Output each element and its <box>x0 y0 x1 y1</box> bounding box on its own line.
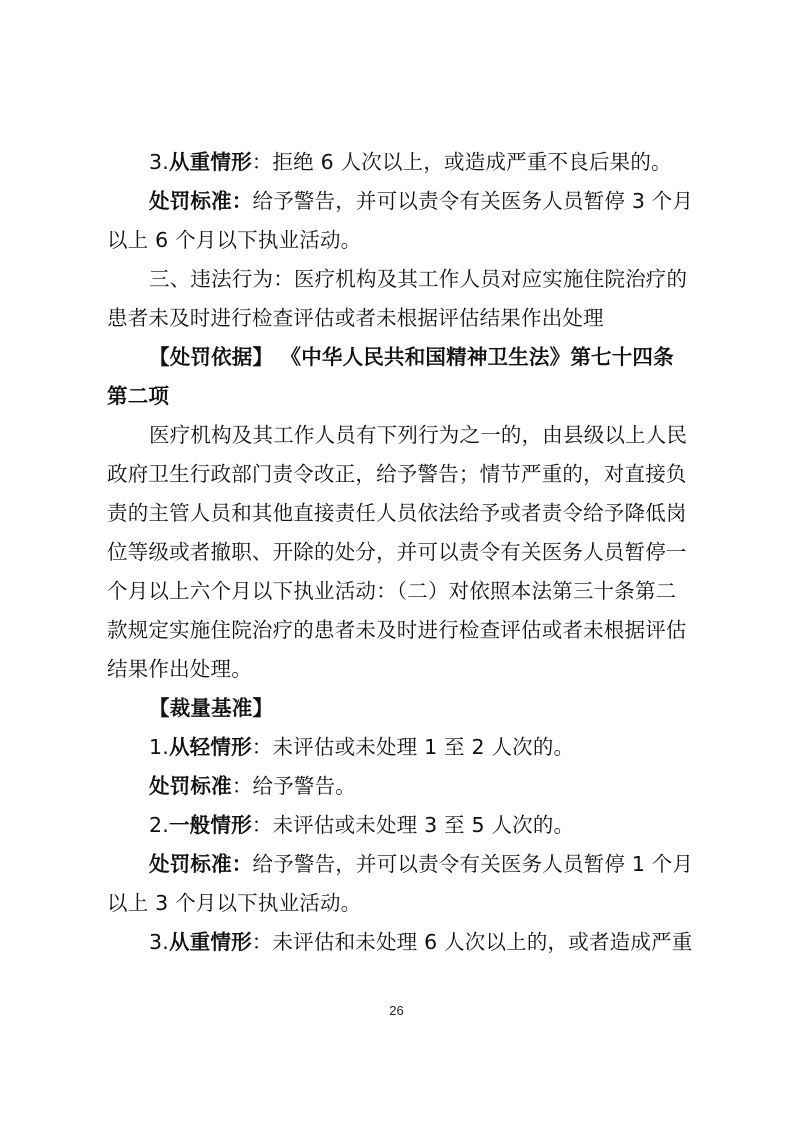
paragraph-line: 医疗机构及其工作人员有下列行为之一的，由县级以上人民 <box>107 416 693 455</box>
paragraph-line: 处罚标准：给予警告。 <box>107 767 693 806</box>
document-body: 3.从重情形：拒绝 6 人次以上，或造成严重不良后果的。 处罚标准：给予警告，并… <box>107 143 693 962</box>
paragraph-line: 3.从重情形：未评估和未处理 6 人次以上的，或者造成严重 <box>107 923 693 962</box>
paragraph-line: 以上 6 个月以下执业活动。 <box>107 221 693 260</box>
paragraph-line: 处罚标准：给予警告，并可以责令有关医务人员暂停 3 个月 <box>107 182 693 221</box>
paragraph-line: 2.一般情形：未评估或未处理 3 至 5 人次的。 <box>107 806 693 845</box>
paragraph-line: 位等级或者撤职、开除的处分，并可以责令有关医务人员暂停一 <box>107 533 693 572</box>
section-heading: 三、违法行为：医疗机构及其工作人员对应实施住院治疗的 <box>107 260 693 299</box>
paragraph-line: 个月以上六个月以下执业活动：（二）对依照本法第三十条第二 <box>107 572 693 611</box>
paragraph-line: 3.从重情形：拒绝 6 人次以上，或造成严重不良后果的。 <box>107 143 693 182</box>
paragraph-line: 款规定实施住院治疗的患者未及时进行检查评估或者未根据评估 <box>107 611 693 650</box>
paragraph-line: 1.从轻情形：未评估或未处理 1 至 2 人次的。 <box>107 728 693 767</box>
page-number: 26 <box>0 1003 793 1018</box>
penalty-basis-heading: 【处罚依据】 《中华人民共和国精神卫生法》第七十四条 <box>107 338 693 377</box>
penalty-basis-heading: 第二项 <box>107 377 693 416</box>
paragraph-line: 责的主管人员和其他直接责任人员依法给予或者责令给予降低岗 <box>107 494 693 533</box>
paragraph-line: 结果作出处理。 <box>107 650 693 689</box>
section-heading: 患者未及时进行检查评估或者未根据评估结果作出处理 <box>107 299 693 338</box>
paragraph-line: 以上 3 个月以下执业活动。 <box>107 884 693 923</box>
discretion-standard-heading: 【裁量基准】 <box>107 689 693 728</box>
paragraph-line: 政府卫生行政部门责令改正，给予警告；情节严重的，对直接负 <box>107 455 693 494</box>
paragraph-line: 处罚标准：给予警告，并可以责令有关医务人员暂停 1 个月 <box>107 845 693 884</box>
